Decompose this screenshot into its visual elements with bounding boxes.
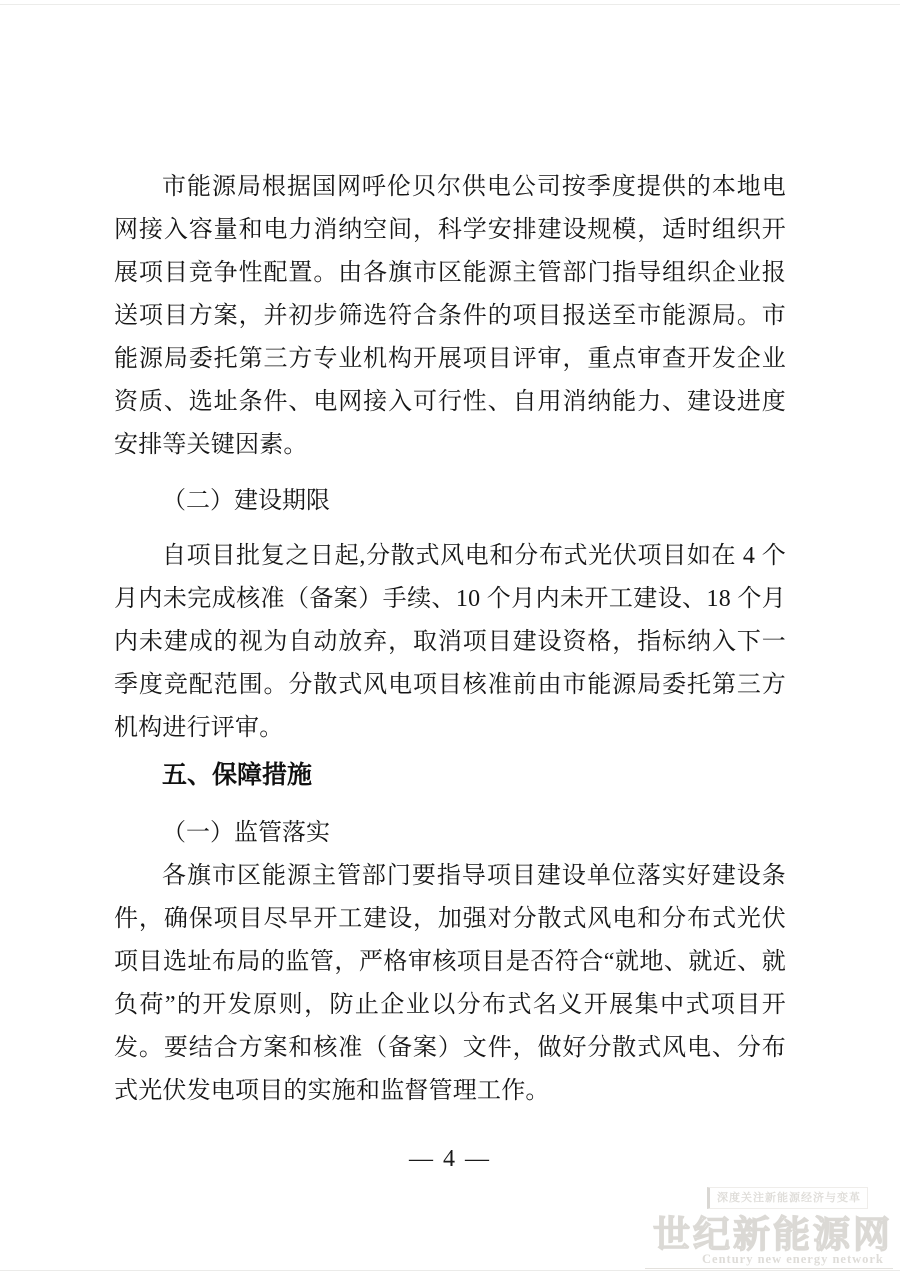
heading-supervision-implementation: （一）监管落实	[114, 812, 786, 855]
watermark-logo: 世纪新能源网	[653, 1214, 893, 1256]
watermark-underline	[645, 1268, 893, 1269]
paragraph-supervision: 各旗市区能源主管部门要指导项目建设单位落实好建设条件，确保项目尽早开工建设，加强…	[114, 855, 786, 1113]
paragraph-construction-deadline: 自项目批复之日起,分散式风电和分布式光伏项目如在 4 个月内未完成核准（备案）手…	[114, 535, 786, 750]
watermark-tagline: 深度关注新能源经济与变革	[707, 1187, 868, 1209]
page-bottom-edge	[0, 1270, 900, 1271]
heading-construction-period: （二）建设期限	[114, 480, 786, 523]
heading-section-five-safeguards: 五、保障措施	[114, 754, 786, 797]
page-number: — 4 —	[0, 1138, 900, 1181]
page-top-edge	[0, 4, 900, 5]
paragraph-project-allocation: 市能源局根据国网呼伦贝尔供电公司按季度提供的本地电网接入容量和电力消纳空间，科学…	[114, 166, 786, 467]
document-body: 市能源局根据国网呼伦贝尔供电公司按季度提供的本地电网接入容量和电力消纳空间，科学…	[114, 166, 786, 1113]
watermark-subtitle: Century new energy network	[702, 1252, 884, 1266]
document-page: { "document": { "paragraph_1": "市能源局根据国网…	[0, 0, 900, 1272]
